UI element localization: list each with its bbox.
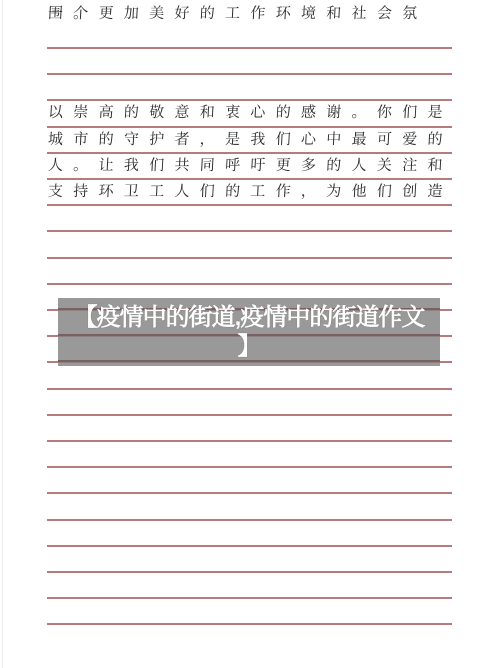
ruled-line	[47, 623, 452, 625]
handwriting-row: 人。让我们共同呼吁更多的人关注和	[47, 152, 454, 178]
handwriting-row: 支持环卫工人们的工作，为他们创造	[47, 178, 454, 204]
ruled-line	[47, 73, 452, 75]
title-overlay: 【疫情中的街道,疫情中的街道作文 】	[58, 298, 440, 366]
ruled-line	[47, 519, 452, 521]
ruled-line	[47, 47, 452, 49]
ruled-line	[47, 388, 452, 390]
ruled-line	[47, 230, 452, 232]
ruled-line	[47, 545, 452, 547]
handwriting-row: 城市的守护者，是我们心中最可爱的	[47, 126, 454, 152]
ruled-line	[47, 597, 452, 599]
ruled-line	[47, 440, 452, 442]
title-line-1: 【疫情中的街道,疫情中的街道作文	[58, 303, 440, 332]
ruled-line	[47, 571, 452, 573]
title-line-2: 】	[58, 332, 440, 361]
ruled-line	[47, 257, 452, 259]
ruled-line	[47, 414, 452, 416]
essay-page: 以崇高的敬意和衷心的感谢。你们是 城市的守护者，是我们心中最可爱的 人。让我们共…	[0, 0, 500, 668]
ruled-line	[47, 466, 452, 468]
handwriting-row: 围。	[47, 0, 454, 26]
ruled-line	[47, 283, 452, 285]
ruled-line	[47, 492, 452, 494]
handwriting-row: 以崇高的敬意和衷心的感谢。你们是	[47, 99, 454, 125]
ruled-line	[47, 204, 452, 206]
